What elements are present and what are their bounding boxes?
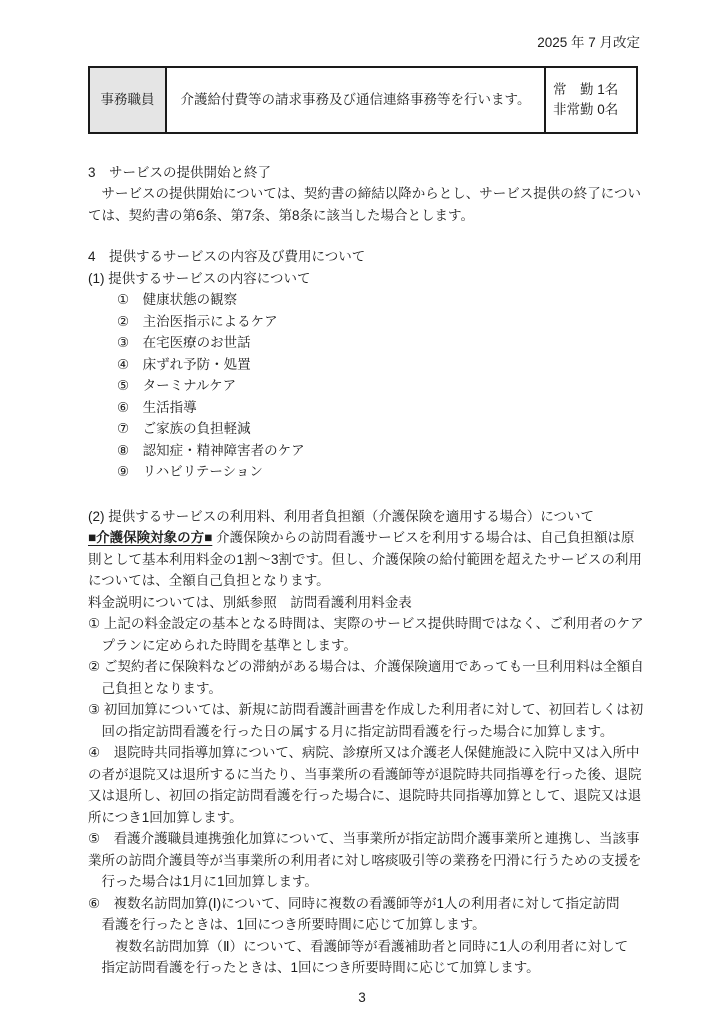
note-line: ① 上記の料金設定の基本となる時間は、実際のサービス提供時間ではなく、ご利用者の… [88, 613, 640, 635]
table-row: 事務職員 介護給付費等の請求事務及び通信連絡事務等を行います。 常 勤 1名 非… [89, 67, 637, 133]
list-item: ⑧ 認知症・精神障害者のケア [117, 440, 640, 462]
insurance-text-line: については、全額自己負担となります。 [88, 570, 640, 592]
list-item: ① 健康状態の観察 [117, 289, 640, 311]
list-item: ⑥ 生活指導 [117, 397, 640, 419]
fee-reference-line: 料金説明については、別紙参照 訪問看護利用料金表 [88, 592, 640, 614]
service-list: ① 健康状態の観察 ② 主治医指示によるケア ③ 在宅医療のお世話 ④ 床ずれ予… [88, 289, 640, 483]
insurance-target-label: ■介護保険対象の方■ [88, 530, 212, 545]
revision-date: 2025 年 7 月改定 [88, 32, 640, 54]
staff-role-cell: 事務職員 [89, 67, 166, 133]
note-line: 業所の訪問介護員等が当事業所の利用者に対し喀痰吸引等の業務を円滑に行うための支援… [88, 850, 640, 872]
note-line: 己負担となります。 [88, 678, 640, 700]
section3-text-line: ては、契約書の第6条、第7条、第8条に該当した場合とします。 [88, 205, 640, 227]
staff-count-cell: 常 勤 1名 非常勤 0名 [545, 67, 637, 133]
staff-table: 事務職員 介護給付費等の請求事務及び通信連絡事務等を行います。 常 勤 1名 非… [88, 66, 638, 134]
page-number: 3 [0, 987, 724, 1009]
list-item: ⑤ ターミナルケア [117, 375, 640, 397]
list-item: ⑦ ご家族の負担軽減 [117, 418, 640, 440]
note-line: ③ 初回加算については、新規に訪問看護計画書を作成した利用者に対して、初回若しく… [88, 699, 640, 721]
staff-duty-cell: 介護給付費等の請求事務及び通信連絡事務等を行います。 [166, 67, 545, 133]
note-line: 所につき1回加算します。 [88, 807, 640, 829]
note-line: ⑥ 複数名訪問加算(Ⅰ)について、同時に複数の看護師等が1人の利用者に対して指定… [88, 893, 640, 915]
insurance-text-line: 則として基本利用料金の1割〜3割です。但し、介護保険の給付範囲を超えたサービスの… [88, 549, 640, 571]
note-line: ④ 退院時共同指導加算について、病院、診療所又は介護老人保健施設に入院中又は入所… [88, 742, 640, 764]
note-line: ⑤ 看護介護職員連携強化加算について、当事業所が指定訪問介護事業所と連携し、当該… [88, 828, 640, 850]
list-item: ③ 在宅医療のお世話 [117, 332, 640, 354]
section4-heading: 4 提供するサービスの内容及び費用について [88, 246, 640, 268]
note-line: 又は退所し、初回の指定訪問看護を行った場合に、退院時共同指導加算として、退院又は… [88, 785, 640, 807]
note-line: ② ご契約者に保険料などの滞納がある場合は、介護保険適用であっても一旦利用料は全… [88, 656, 640, 678]
list-item: ④ 床ずれ予防・処置 [117, 354, 640, 376]
note-line: プランに定められた時間を基準とします。 [88, 635, 640, 657]
insurance-intro-rest: 介護保険からの訪問看護サービスを利用する場合は、自己負担額は原 [212, 530, 634, 545]
section3-heading: 3 サービスの提供開始と終了 [88, 162, 640, 184]
fulltime-count: 常 勤 1名 [553, 80, 636, 100]
note-line: 看護を行ったときは、1回につき所要時間に応じて加算します。 [88, 914, 640, 936]
note-line: 行った場合は1月に1回加算します。 [88, 871, 640, 893]
list-item: ② 主治医指示によるケア [117, 311, 640, 333]
insurance-intro-line: ■介護保険対象の方■ 介護保険からの訪問看護サービスを利用する場合は、自己負担額… [88, 527, 640, 549]
note-line: 複数名訪問加算（Ⅱ）について、看護師等が看護補助者と同時に1人の利用者に対して [88, 936, 640, 958]
document-page: 2025 年 7 月改定 事務職員 介護給付費等の請求事務及び通信連絡事務等を行… [0, 0, 724, 1024]
section3-text-line: サービスの提供開始については、契約書の締結以降からとし、サービス提供の終了につい [88, 183, 640, 205]
list-item: ⑨ リハビリテーション [117, 461, 640, 483]
section-4-2: (2) 提供するサービスの利用料、利用者負担額（介護保険を適用する場合）について… [88, 506, 640, 979]
note-line: の者が退院又は退所するに当たり、当事業所の看護師等が退院時共同指導を行った後、退… [88, 764, 640, 786]
parttime-count: 非常勤 0名 [553, 100, 636, 120]
sub2-heading: (2) 提供するサービスの利用料、利用者負担額（介護保険を適用する場合）について [88, 506, 640, 528]
section-4: 4 提供するサービスの内容及び費用について (1) 提供するサービスの内容につい… [88, 246, 640, 483]
note-line: 指定訪問看護を行ったときは、1回につき所要時間に応じて加算します。 [88, 957, 640, 979]
note-line: 回の指定訪問看護を行った日の属する月に指定訪問看護を行った場合に加算します。 [88, 721, 640, 743]
sub1-heading: (1) 提供するサービスの内容について [88, 268, 640, 290]
section-3: 3 サービスの提供開始と終了 サービスの提供開始については、契約書の締結以降から… [88, 162, 640, 227]
